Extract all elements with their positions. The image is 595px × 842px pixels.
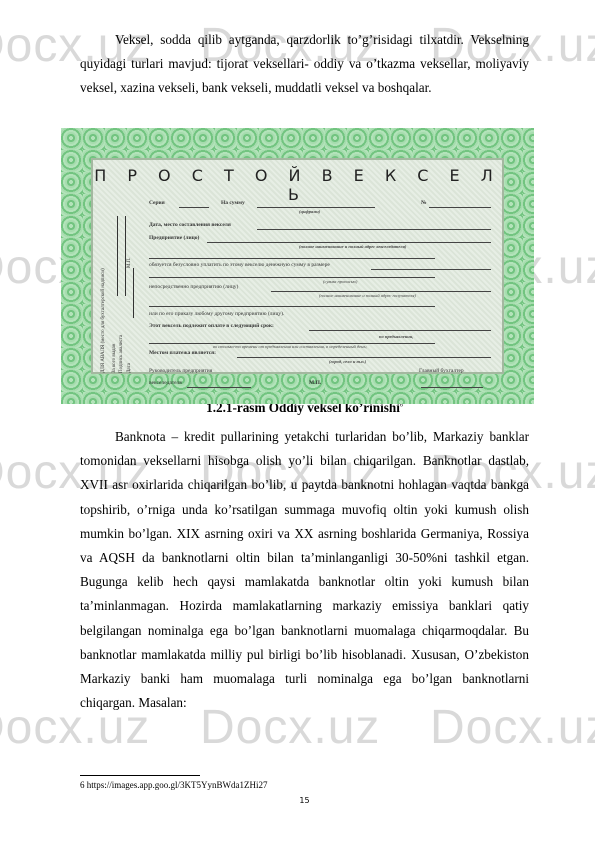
drawer-label: векселедателя [149, 380, 182, 386]
due-label: Этот вексель подлежит оплате в следующий… [149, 323, 274, 329]
page-number: 15 [80, 796, 529, 805]
obligation-text: обязуется безусловно уплатить по этому в… [149, 262, 330, 268]
amount-hint: (цифрами) [299, 209, 320, 214]
note-body: П Р О С Т О Й В Е К С Е Л Ь ДЛЯ АВАЛЯ (м… [91, 158, 504, 374]
payee-hint: (полное наименование и полный адрес полу… [319, 293, 416, 298]
due-hint: по предъявлении, [379, 334, 413, 339]
footnote: 6 https://images.app.goo.gl/3KT5YynBWda1… [80, 780, 267, 790]
obligation-row: обязуется безусловно уплатить по этому в… [149, 262, 494, 268]
promissory-note-image: П Р О С Т О Й В Е К С Е Л Ь ДЛЯ АВАЛЯ (м… [61, 128, 534, 404]
due-row: Этот вексель подлежит оплате в следующий… [149, 323, 494, 329]
aval-date: Дата [127, 363, 132, 373]
aval-signature: Подпись авалиста [119, 335, 124, 373]
place-hint: (город, село и т.п.) [329, 359, 366, 364]
aval-label: ДЛЯ АВАЛЯ (место для бухгалтерской надпи… [101, 268, 106, 373]
place-row: Местом платежа является: (город, село и … [149, 350, 494, 356]
amount-label: На сумму [221, 200, 245, 206]
aval-stamp: М.П. [127, 257, 132, 268]
due-hint-2: во столько-то времени от предъявления ил… [213, 344, 367, 349]
aval-for-whom: За кого выдан [112, 344, 117, 374]
place-label: Местом платежа является: [149, 350, 216, 356]
date-place-row: Дата, место составления векселя [149, 222, 494, 228]
paragraph-veksel-intro: Veksel, sodda qilib aytganda, qarzdorlik… [80, 28, 529, 101]
footnote-separator [80, 775, 200, 776]
company-hint: (полное наименование и полный адрес векс… [299, 244, 406, 249]
stamp-label: М.П. [309, 380, 321, 386]
head-label: Руководитель предприятия [149, 368, 212, 374]
accountant-label: Главный бухгалтер [419, 368, 464, 374]
note-title: П Р О С Т О Й В Е К С Е Л Ь [93, 166, 502, 204]
series-row: Серия На сумму (цифрами) № [149, 200, 494, 206]
signatures-row: Руководитель предприятия Главный бухгалт… [149, 368, 494, 374]
payee-row: непосредственно предприятию (лицу) (полн… [149, 284, 494, 290]
number-label: № [421, 200, 427, 206]
paragraph-banknota: Banknota – kredit pullarining yetakchi t… [80, 425, 529, 715]
payee-label: непосредственно предприятию (лицу) [149, 284, 238, 290]
order-row: или по его приказу любому другому предпр… [149, 311, 494, 317]
aval-section: ДЛЯ АВАЛЯ (место для бухгалтерской надпи… [99, 208, 139, 373]
drawer-row: векселедателя М.П. [149, 380, 494, 386]
date-place-label: Дата, место составления векселя [149, 222, 231, 228]
order-text: или по его приказу любому другому предпр… [149, 311, 284, 317]
company-row: Предприятие (лицо) (полное наименование … [149, 235, 494, 241]
company-label: Предприятие (лицо) [149, 235, 199, 241]
series-label: Серия [149, 200, 165, 206]
